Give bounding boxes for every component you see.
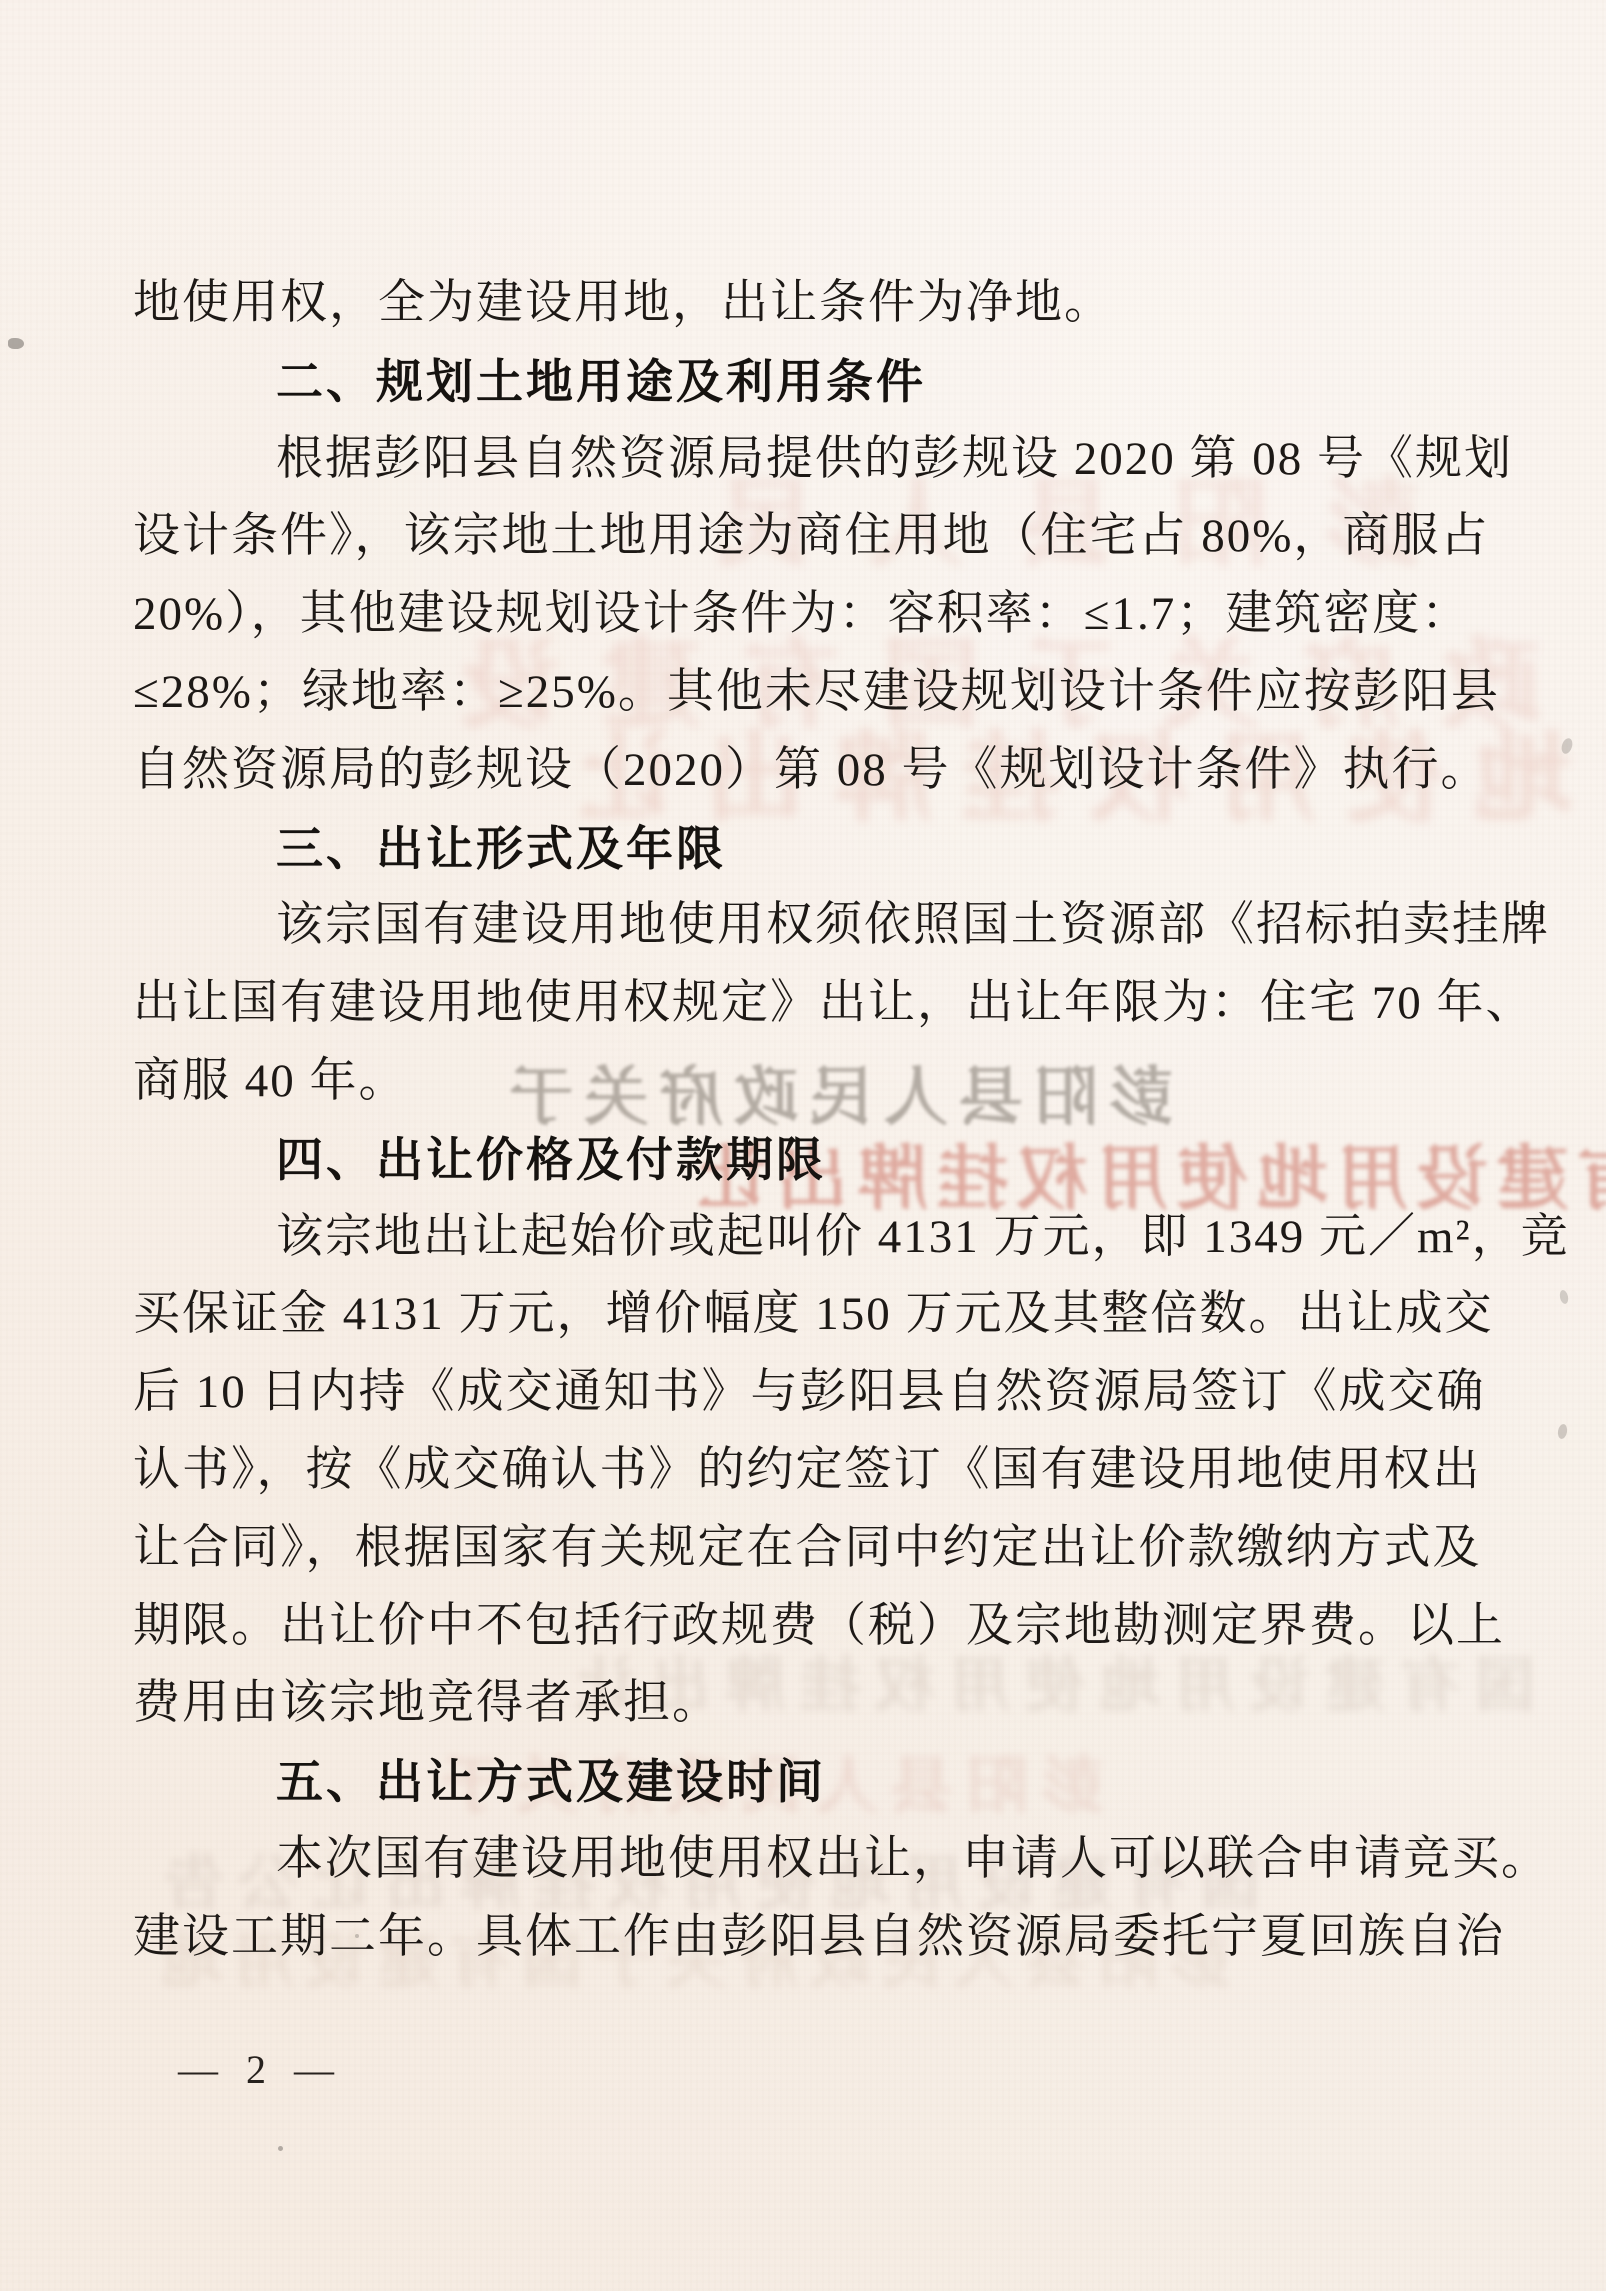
scanned-document-page: 彭阳县人民 政府关于国有建设 用地使用权挂牌出让 彭阳县人民政府关于 国有建设用… xyxy=(0,0,1606,2291)
section-heading: 二、规划土地用途及利用条件 xyxy=(133,343,1533,421)
section-heading: 四、出让价格及付款期限 xyxy=(133,1121,1533,1199)
text-line: 买保证金 4131 万元，增价幅度 150 万元及其整倍数。出让成交 xyxy=(133,1276,1533,1354)
page-number: — 2 — xyxy=(178,2046,343,2093)
text-line: 建设工期二年。具体工作由彭阳县自然资源局委托宁夏回族自治 xyxy=(133,1899,1533,1977)
text-line: 认书》，按《成交确认书》的约定签订《国有建设用地使用权出 xyxy=(133,1432,1533,1510)
scan-speck xyxy=(278,2146,283,2151)
text-line: 地使用权，全为建设用地，出让条件为净地。 xyxy=(133,265,1533,343)
scan-speck xyxy=(1557,1423,1568,1439)
section-heading: 三、出让形式及年限 xyxy=(133,810,1533,888)
document-text: 地使用权，全为建设用地，出让条件为净地。二、规划土地用途及利用条件根据彭阳县自然… xyxy=(133,265,1533,1977)
scan-speck xyxy=(1560,737,1574,755)
text-line: 让合同》，根据国家有关规定在合同中约定出让价款缴纳方式及 xyxy=(133,1510,1533,1588)
text-line: 出让国有建设用地使用权规定》出让，出让年限为：住宅 70 年、 xyxy=(133,965,1533,1043)
text-line: 根据彭阳县自然资源局提供的彭规设 2020 第 08 号《规划 xyxy=(133,421,1533,499)
scan-speck xyxy=(8,338,24,349)
text-line: 期限。出让价中不包括行政规费（税）及宗地勘测定界费。以上 xyxy=(133,1588,1533,1666)
scan-speck xyxy=(1559,1289,1570,1304)
text-line: 商服 40 年。 xyxy=(133,1043,1533,1121)
text-line: 自然资源局的彭规设（2020）第 08 号《规划设计条件》执行。 xyxy=(133,732,1533,810)
text-line: 该宗地出让起始价或起叫价 4131 万元，即 1349 元／m²，竞 xyxy=(133,1199,1533,1277)
text-line: 设计条件》，该宗地土地用途为商住用地（住宅占 80%，商服占 xyxy=(133,498,1533,576)
text-line: 该宗国有建设用地使用权须依照国土资源部《招标拍卖挂牌 xyxy=(133,887,1533,965)
text-line: ≤28%；绿地率：≥25%。其他未尽建设规划设计条件应按彭阳县 xyxy=(133,654,1533,732)
text-line: 后 10 日内持《成交通知书》与彭阳县自然资源局签订《成交确 xyxy=(133,1354,1533,1432)
text-line: 费用由该宗地竞得者承担。 xyxy=(133,1665,1533,1743)
text-line: 本次国有建设用地使用权出让，申请人可以联合申请竞买。 xyxy=(133,1821,1533,1899)
text-line: 20%），其他建设规划设计条件为：容积率：≤1.7；建筑密度： xyxy=(133,576,1533,654)
section-heading: 五、出让方式及建设时间 xyxy=(133,1743,1533,1821)
